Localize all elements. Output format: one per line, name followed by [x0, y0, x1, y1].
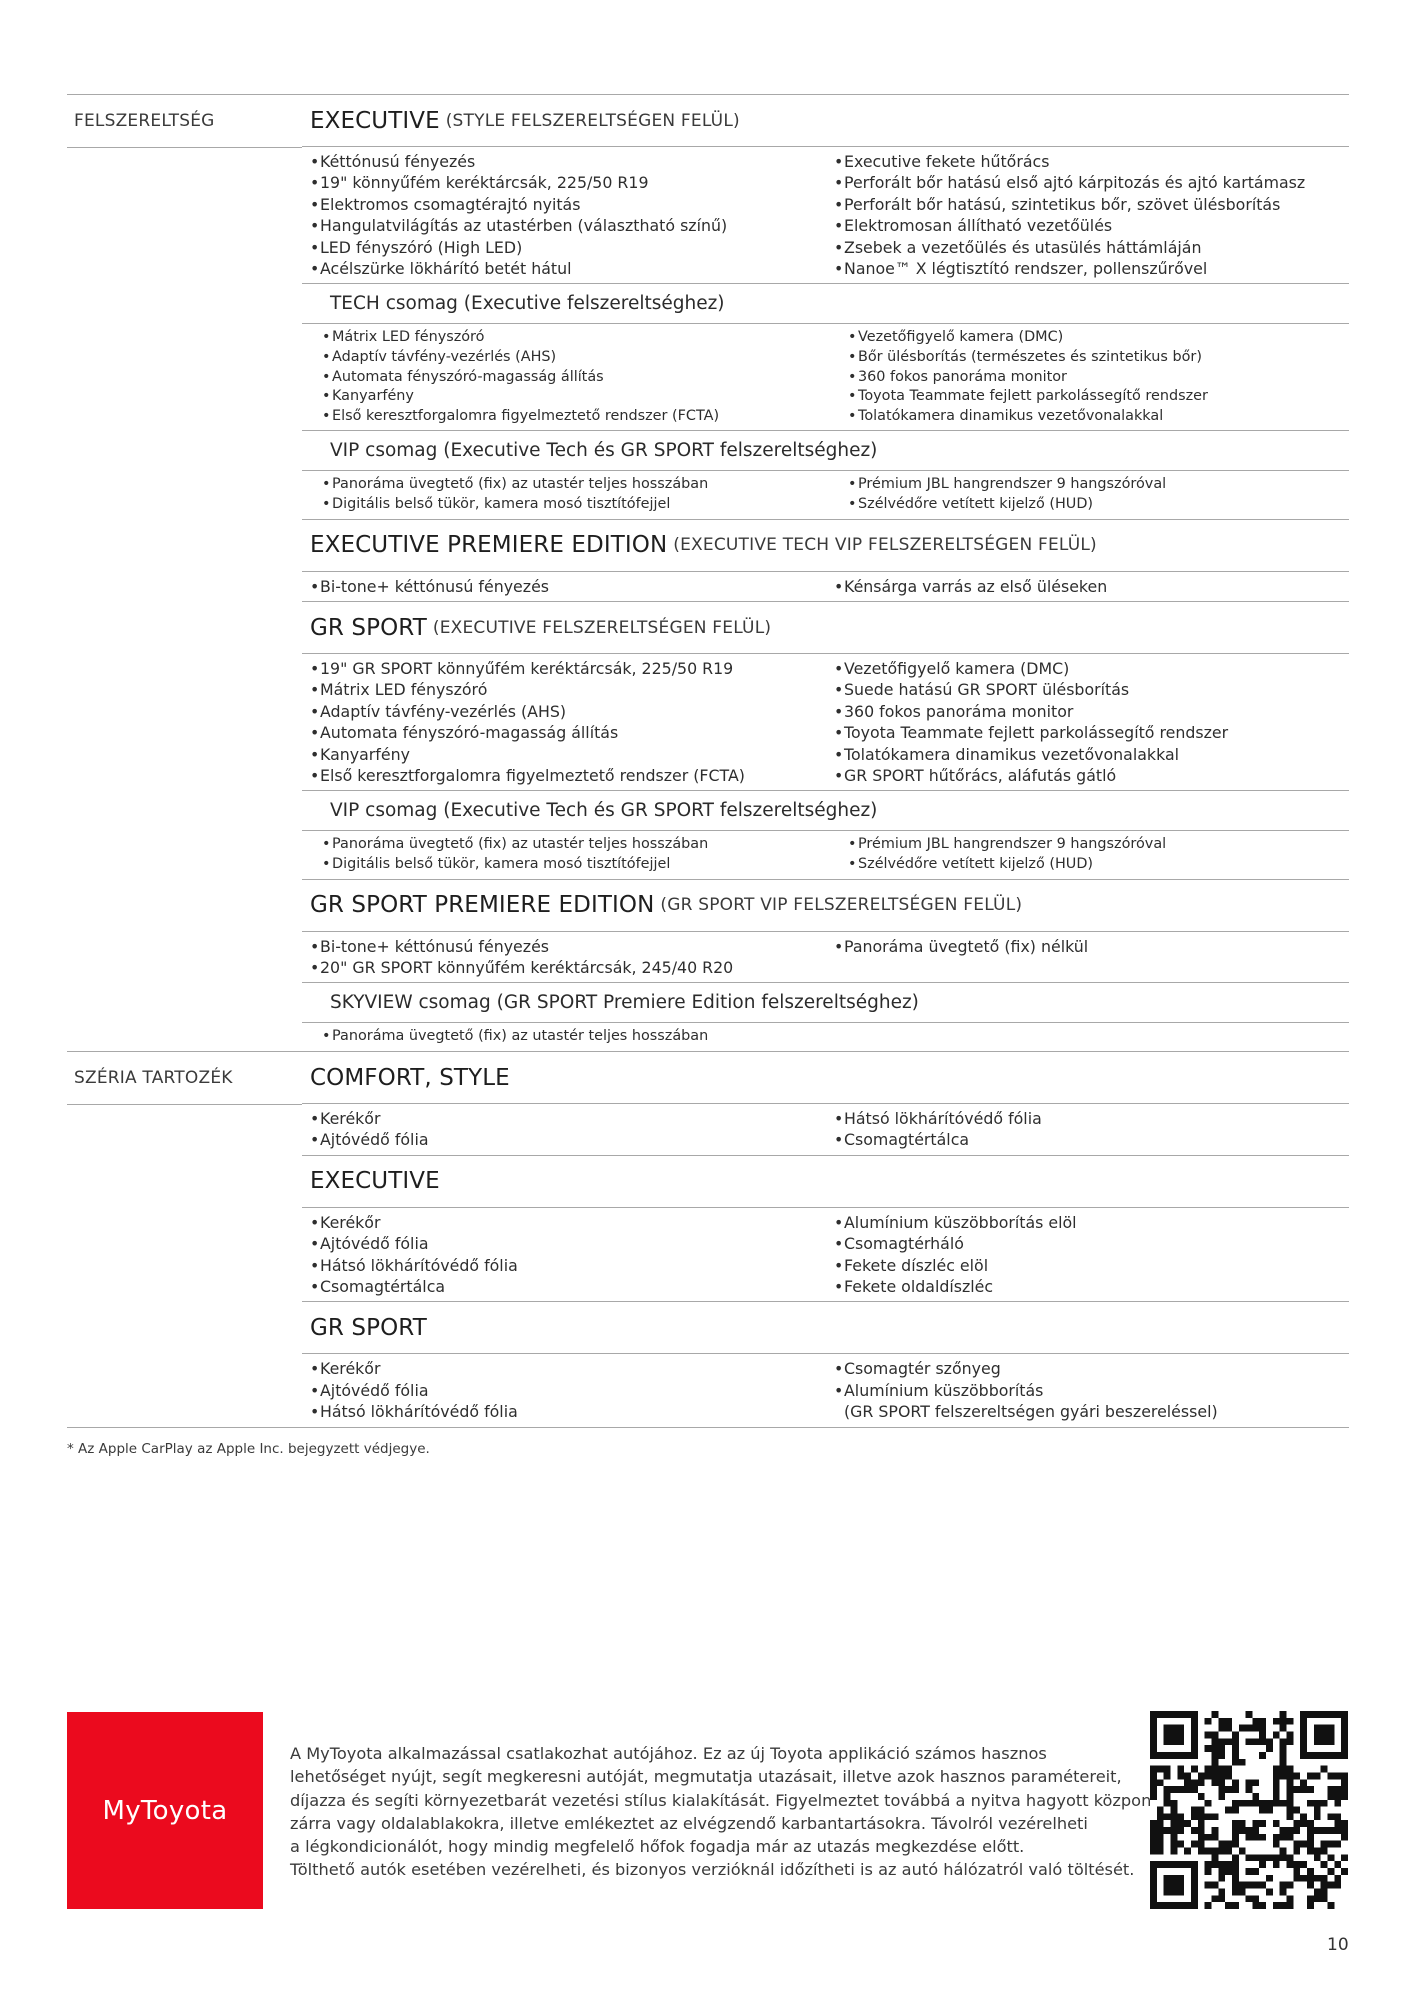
bullet-icon: • [304, 1276, 320, 1297]
items-accessories-executive: •Kerékőr•Ajtóvédő fólia•Hátsó lökhárítóv… [302, 1208, 1349, 1303]
list-item: •Adaptív távfény-vezérlés (AHS) [302, 348, 828, 368]
list-item: •19" GR SPORT könnyűfém keréktárcsák, 22… [302, 658, 828, 679]
list-item: •20" GR SPORT könnyűfém keréktárcsák, 24… [302, 957, 828, 978]
package-tech: TECH csomag (Executive felszereltséghez) [302, 284, 1349, 324]
bullet-icon: • [316, 407, 332, 427]
bullet-icon: • [828, 151, 844, 172]
list-item: •Elektromosan állítható vezetőülés [828, 215, 1349, 236]
bullet-icon: • [304, 679, 320, 700]
items-accessories-gr-sport: •Kerékőr•Ajtóvédő fólia•Hátsó lökhárítóv… [302, 1354, 1349, 1426]
column-left: •Kerékőr•Ajtóvédő fólia•Hátsó lökhárítóv… [302, 1358, 828, 1422]
bullet-icon: • [316, 387, 332, 407]
bullet-icon: • [316, 1027, 332, 1047]
bullet-icon: • [828, 722, 844, 743]
list-item: •Hangulatvilágítás az utastérben (válasz… [302, 215, 828, 236]
column-left: •Kéttónusú fényezés•19" könnyűfém kerékt… [302, 151, 828, 279]
bullet-icon: • [304, 194, 320, 215]
bullet-icon [828, 1401, 844, 1422]
bullet-icon: • [842, 328, 858, 348]
list-item: •Adaptív távfény-vezérlés (AHS) [302, 701, 828, 722]
column-right: •Csomagtér szőnyeg•Alumínium küszöbborít… [828, 1358, 1349, 1422]
column-left: •Panoráma üvegtető (fix) az utastér telj… [302, 475, 828, 514]
list-item: •Automata fényszóró-magasság állítás [302, 722, 828, 743]
bullet-icon: • [304, 1233, 320, 1254]
column-left: •Kerékőr•Ajtóvédő fólia•Hátsó lökhárítóv… [302, 1212, 828, 1298]
list-item: •Kéttónusú fényezés [302, 151, 828, 172]
bullet-icon: • [304, 151, 320, 172]
items-gr-sport: •19" GR SPORT könnyűfém keréktárcsák, 22… [302, 654, 1349, 791]
list-item: •Prémium JBL hangrendszer 9 hangszóróval [828, 835, 1349, 855]
list-item: •Bi-tone+ kéttónusú fényezés [302, 936, 828, 957]
column-right [828, 1027, 1349, 1047]
column-right: •Vezetőfigyelő kamera (DMC)•Bőr ülésborí… [828, 328, 1349, 426]
bullet-icon: • [304, 1380, 320, 1401]
list-item: •Bőr ülésborítás (természetes és szintet… [828, 348, 1349, 368]
spec-table: FELSZERELTSÉG EXECUTIVE (STYLE FELSZEREL… [67, 94, 1349, 1428]
items-vip-pack-gr: •Panoráma üvegtető (fix) az utastér telj… [302, 831, 1349, 879]
list-item: •Fekete oldaldíszléc [828, 1276, 1349, 1297]
column-right: •Executive fekete hűtőrács•Perforált bőr… [828, 151, 1349, 279]
list-item: •Hátsó lökhárítóvédő fólia [302, 1401, 828, 1422]
list-item: •Kerékőr [302, 1358, 828, 1379]
bullet-icon: • [828, 172, 844, 193]
qr-code-icon[interactable] [1150, 1710, 1348, 1910]
list-item: •LED fényszóró (High LED) [302, 237, 828, 258]
list-item: •Bi-tone+ kéttónusú fényezés [302, 576, 828, 597]
column-right: •Kénsárga varrás az első üléseken [828, 576, 1349, 597]
list-item: •Zsebek a vezetőülés és utasülés háttáml… [828, 237, 1349, 258]
items-skyview-pack: •Panoráma üvegtető (fix) az utastér telj… [302, 1023, 1349, 1051]
bullet-icon: • [316, 475, 332, 495]
bullet-icon: • [842, 855, 858, 875]
column-right: •Hátsó lökhárítóvédő fólia•Csomagtértálc… [828, 1108, 1349, 1151]
bullet-icon: • [828, 1129, 844, 1150]
accessories-group: SZÉRIA TARTOZÉK COMFORT, STYLE •Kerékőr•… [67, 1051, 1349, 1428]
bullet-icon: • [304, 1358, 320, 1379]
bullet-icon: • [304, 1108, 320, 1129]
package-vip-gr: VIP csomag (Executive Tech és GR SPORT f… [302, 791, 1349, 831]
list-item: •Kerékőr [302, 1212, 828, 1233]
bullet-icon: • [828, 194, 844, 215]
bullet-icon: • [828, 576, 844, 597]
package-skyview: SKYVIEW csomag (GR SPORT Premiere Editio… [302, 983, 1349, 1023]
list-item: •Tolatókamera dinamikus vezetővonalakkal [828, 744, 1349, 765]
bullet-icon: • [304, 701, 320, 722]
bullet-icon: • [304, 237, 320, 258]
column-left: •Panoráma üvegtető (fix) az utastér telj… [302, 1027, 828, 1047]
footnote: * Az Apple CarPlay az Apple Inc. bejegyz… [67, 1441, 430, 1457]
bullet-icon: • [828, 765, 844, 786]
bullet-icon: • [316, 328, 332, 348]
list-item: •Panoráma üvegtető (fix) nélkül [828, 936, 1349, 957]
column-left: •Bi-tone+ kéttónusú fényezés [302, 576, 828, 597]
bullet-icon: • [828, 658, 844, 679]
list-item: •Csomagtértálca [828, 1129, 1349, 1150]
list-item: •Perforált bőr hatású első ajtó kárpitoz… [828, 172, 1349, 193]
bullet-icon: • [842, 495, 858, 515]
bullet-icon: • [304, 576, 320, 597]
equipment-group: FELSZERELTSÉG EXECUTIVE (STYLE FELSZEREL… [67, 95, 1349, 1051]
list-item: •Első keresztforgalomra figyelmeztető re… [302, 407, 828, 427]
list-item: •Hátsó lökhárítóvédő fólia [828, 1108, 1349, 1129]
bullet-icon: • [828, 701, 844, 722]
bullet-icon: • [828, 1255, 844, 1276]
section-gr-sport: GR SPORT (EXECUTIVE FELSZERELTSÉGEN FELÜ… [302, 602, 1349, 654]
column-left: •Panoráma üvegtető (fix) az utastér telj… [302, 835, 828, 874]
bullet-icon: • [304, 258, 320, 279]
bullet-icon: • [304, 936, 320, 957]
list-item: •Kanyarfény [302, 744, 828, 765]
bullet-icon: • [304, 1212, 320, 1233]
bullet-icon: • [828, 679, 844, 700]
items-tech-pack: •Mátrix LED fényszóró•Adaptív távfény-ve… [302, 324, 1349, 431]
list-item: •Acélszürke lökhárító betét hátul [302, 258, 828, 279]
bullet-icon: • [304, 744, 320, 765]
list-item: •Perforált bőr hatású, szintetikus bőr, … [828, 194, 1349, 215]
column-right: •Panoráma üvegtető (fix) nélkül [828, 936, 1349, 979]
bullet-icon: • [304, 215, 320, 236]
list-item: •Toyota Teammate fejlett parkolássegítő … [828, 387, 1349, 407]
column-right: •Prémium JBL hangrendszer 9 hangszóróval… [828, 835, 1349, 874]
bullet-icon: • [828, 1276, 844, 1297]
section-executive-premiere: EXECUTIVE PREMIERE EDITION (EXECUTIVE TE… [302, 520, 1349, 572]
bullet-icon: • [842, 407, 858, 427]
list-item: •Ajtóvédő fólia [302, 1129, 828, 1150]
bullet-icon: • [842, 835, 858, 855]
mytoyota-description: A MyToyota alkalmazással csatlakozhat au… [290, 1742, 1140, 1882]
bullet-icon: • [304, 1401, 320, 1422]
items-gr-sport-premiere: •Bi-tone+ kéttónusú fényezés•20" GR SPOR… [302, 932, 1349, 984]
list-item: •360 fokos panoráma monitor [828, 701, 1349, 722]
bullet-icon: • [304, 172, 320, 193]
list-item: •Automata fényszóró-magasság állítás [302, 368, 828, 388]
list-item: •360 fokos panoráma monitor [828, 368, 1349, 388]
section-accessories-gr-sport: GR SPORT [302, 1302, 1349, 1354]
bullet-icon: • [828, 1358, 844, 1379]
items-executive: •Kéttónusú fényezés•19" könnyűfém kerékt… [302, 147, 1349, 284]
list-item: •Kanyarfény [302, 387, 828, 407]
mytoyota-logo-text: MyToyota [102, 1796, 227, 1826]
list-item: •Elektromos csomagtérajtó nyitás [302, 194, 828, 215]
list-item: •Kénsárga varrás az első üléseken [828, 576, 1349, 597]
section-gr-sport-premiere: GR SPORT PREMIERE EDITION (GR SPORT VIP … [302, 880, 1349, 932]
list-item: (GR SPORT felszereltségen gyári beszerel… [828, 1401, 1349, 1422]
list-item: •Csomagtérháló [828, 1233, 1349, 1254]
list-item: •Alumínium küszöbborítás elöl [828, 1212, 1349, 1233]
bullet-icon: • [316, 495, 332, 515]
list-item: •Panoráma üvegtető (fix) az utastér telj… [302, 1027, 828, 1047]
list-item: •Mátrix LED fényszóró [302, 679, 828, 700]
bullet-icon: • [828, 1212, 844, 1233]
bullet-icon: • [842, 387, 858, 407]
group-label-accessories: SZÉRIA TARTOZÉK [67, 1052, 302, 1088]
list-item: •Ajtóvédő fólia [302, 1380, 828, 1401]
bullet-icon: • [304, 722, 320, 743]
list-item: •Nanoe™ X légtisztító rendszer, pollensz… [828, 258, 1349, 279]
list-item: •Panoráma üvegtető (fix) az utastér telj… [302, 475, 828, 495]
bullet-icon: • [316, 835, 332, 855]
section-accessories-executive: EXECUTIVE [302, 1156, 1349, 1208]
column-left: •Bi-tone+ kéttónusú fényezés•20" GR SPOR… [302, 936, 828, 979]
column-left: •Kerékőr•Ajtóvédő fólia [302, 1108, 828, 1151]
bullet-icon: • [316, 348, 332, 368]
list-item: •Kerékőr [302, 1108, 828, 1129]
group-label-equipment: FELSZERELTSÉG [67, 95, 302, 131]
bullet-icon: • [316, 855, 332, 875]
bullet-icon: • [304, 957, 320, 978]
bullet-icon: • [828, 1233, 844, 1254]
list-item: •Digitális belső tükör, kamera mosó tisz… [302, 495, 828, 515]
section-comfort-style: COMFORT, STYLE [302, 1052, 1349, 1104]
bullet-icon: • [828, 744, 844, 765]
list-item: •Első keresztforgalomra figyelmeztető re… [302, 765, 828, 786]
list-item: •Prémium JBL hangrendszer 9 hangszóróval [828, 475, 1349, 495]
list-item: •19" könnyűfém keréktárcsák, 225/50 R19 [302, 172, 828, 193]
bullet-icon: • [316, 368, 332, 388]
column-left: •19" GR SPORT könnyűfém keréktárcsák, 22… [302, 658, 828, 786]
bullet-icon: • [828, 215, 844, 236]
list-item: •Alumínium küszöbborítás [828, 1380, 1349, 1401]
items-vip-pack: •Panoráma üvegtető (fix) az utastér telj… [302, 471, 1349, 519]
bullet-icon: • [304, 765, 320, 786]
list-item: •Suede hatású GR SPORT ülésborítás [828, 679, 1349, 700]
list-item: •Mátrix LED fényszóró [302, 328, 828, 348]
list-item: •Vezetőfigyelő kamera (DMC) [828, 658, 1349, 679]
bullet-icon: • [842, 348, 858, 368]
bullet-icon: • [842, 368, 858, 388]
bullet-icon: • [828, 1380, 844, 1401]
bullet-icon: • [828, 237, 844, 258]
bullet-icon: • [304, 1255, 320, 1276]
mytoyota-logo: MyToyota [67, 1712, 263, 1909]
list-item: •Toyota Teammate fejlett parkolássegítő … [828, 722, 1349, 743]
section-executive: EXECUTIVE (STYLE FELSZERELTSÉGEN FELÜL) [302, 95, 1349, 147]
list-item: •Executive fekete hűtőrács [828, 151, 1349, 172]
list-item: •Szélvédőre vetített kijelző (HUD) [828, 855, 1349, 875]
bullet-icon: • [842, 475, 858, 495]
bullet-icon: • [828, 936, 844, 957]
bullet-icon: • [828, 258, 844, 279]
list-item: •Ajtóvédő fólia [302, 1233, 828, 1254]
page-number: 10 [1327, 1935, 1349, 1955]
items-executive-premiere: •Bi-tone+ kéttónusú fényezés•Kénsárga va… [302, 572, 1349, 602]
column-right: •Prémium JBL hangrendszer 9 hangszóróval… [828, 475, 1349, 514]
bullet-icon: • [304, 658, 320, 679]
column-left: •Mátrix LED fényszóró•Adaptív távfény-ve… [302, 328, 828, 426]
list-item: •Szélvédőre vetített kijelző (HUD) [828, 495, 1349, 515]
list-item: •Vezetőfigyelő kamera (DMC) [828, 328, 1349, 348]
list-item: •GR SPORT hűtőrács, aláfutás gátló [828, 765, 1349, 786]
list-item: •Fekete díszléc elöl [828, 1255, 1349, 1276]
column-right: •Vezetőfigyelő kamera (DMC)•Suede hatású… [828, 658, 1349, 786]
items-comfort-style: •Kerékőr•Ajtóvédő fólia•Hátsó lökhárítóv… [302, 1104, 1349, 1156]
list-item: •Digitális belső tükör, kamera mosó tisz… [302, 855, 828, 875]
bullet-icon: • [828, 1108, 844, 1129]
column-right: •Alumínium küszöbborítás elöl•Csomagtérh… [828, 1212, 1349, 1298]
bullet-icon: • [304, 1129, 320, 1150]
list-item: •Panoráma üvegtető (fix) az utastér telj… [302, 835, 828, 855]
list-item: •Csomagtértálca [302, 1276, 828, 1297]
package-vip: VIP csomag (Executive Tech és GR SPORT f… [302, 431, 1349, 471]
list-item: •Hátsó lökhárítóvédő fólia [302, 1255, 828, 1276]
list-item: •Tolatókamera dinamikus vezetővonalakkal [828, 407, 1349, 427]
list-item: •Csomagtér szőnyeg [828, 1358, 1349, 1379]
